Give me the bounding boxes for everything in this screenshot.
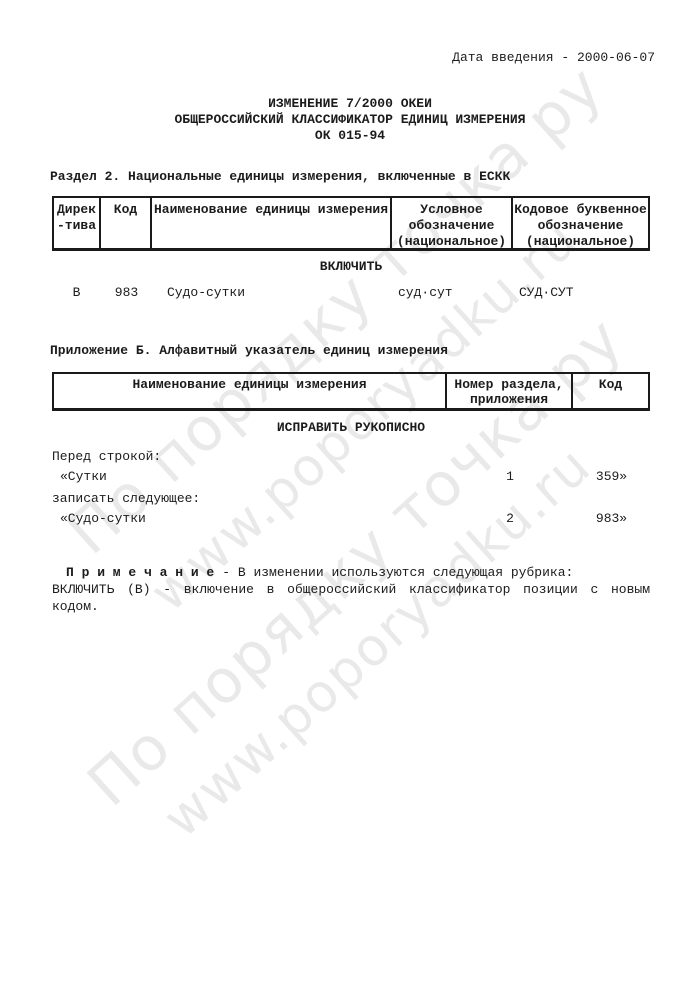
note-label-rest: - В изменении используются следующая руб… [222,565,573,580]
include-action-label: ВКЛЮЧИТЬ [52,259,650,274]
note-first-line: П р и м е ч а н и е- В изменении использ… [52,564,650,581]
title-line-ok-number: ОК 015-94 [0,128,700,144]
col-header-section-number: Номер раздела, приложения [447,374,573,408]
appendix-b-heading: Приложение Б. Алфавитный указатель едини… [50,343,448,358]
cell-letter-code-national: СУД·СУТ [513,285,650,301]
entry-name: «Судо-сутки [52,511,447,526]
units-table-header: Дирек-тива Код Наименование единицы изме… [52,196,650,251]
note-third-line: кодом. [52,598,650,615]
instruction-write-line: записать следующее: [52,491,200,506]
table-row-sudo-sutki: В 983 Судо-сутки суд·сут СУД·СУТ [52,285,650,301]
document-page: По порядку точка ру www.poporyadku.ru По… [0,0,700,990]
note-block: П р и м е ч а н и е- В изменении использ… [52,564,650,615]
entry-section-number: 1 [447,469,573,484]
entry-name: «Сутки [52,469,447,484]
note-second-line: ВКЛЮЧИТЬ (В) - включение в общероссийски… [52,581,650,598]
document-title: ИЗМЕНЕНИЕ 7/2000 ОКЕИ ОБЩЕРОССИЙСКИЙ КЛА… [0,96,700,144]
fix-by-hand-action-label: ИСПРАВИТЬ РУКОПИСНО [52,420,650,435]
cell-code: 983 [101,285,152,301]
note-label: П р и м е ч а н и е [66,565,214,580]
col-header-letter-code-national: Кодовое буквенное обозначение (националь… [513,198,650,248]
entry-section-number: 2 [447,511,573,526]
date-of-introduction: Дата введения - 2000-06-07 [452,50,655,65]
index-table-header: Наименование единицы измерения Номер раз… [52,372,650,411]
col-header-unit-name: Наименование единицы измерения [52,374,447,408]
title-line-classifier-name: ОБЩЕРОССИЙСКИЙ КЛАССИФИКАТОР ЕДИНИЦ ИЗМЕ… [0,112,700,128]
title-line-change-number: ИЗМЕНЕНИЕ 7/2000 ОКЕИ [0,96,700,112]
index-entry-sudo-sutki: «Судо-сутки 2 983» [52,511,650,526]
cell-unit-name: Судо-сутки [152,285,392,301]
col-header-unit-name: Наименование единицы измерения [152,198,392,248]
document-content: Дата введения - 2000-06-07 ИЗМЕНЕНИЕ 7/2… [0,0,700,990]
cell-symbol-national: суд·сут [392,285,513,301]
entry-code: 983» [573,511,650,526]
instruction-before-line: Перед строкой: [52,449,161,464]
entry-code: 359» [573,469,650,484]
col-header-code: Код [573,374,650,408]
cell-directive: В [52,285,101,301]
col-header-directive: Дирек-тива [52,198,101,248]
index-entry-sutki: «Сутки 1 359» [52,469,650,484]
col-header-code: Код [101,198,152,248]
section-2-heading: Раздел 2. Национальные единицы измерения… [50,169,510,184]
col-header-symbol-national: Условное обозначение (национальное) [392,198,513,248]
